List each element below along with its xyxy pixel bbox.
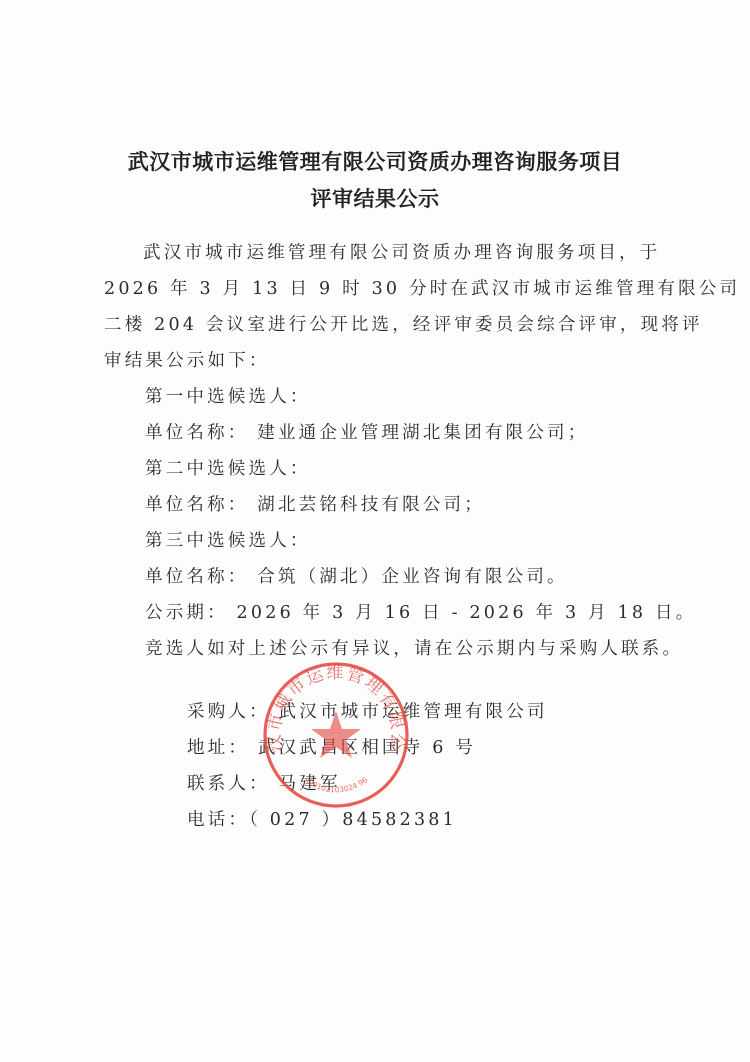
candidate-3-rank: 第三中选候选人：	[145, 527, 311, 552]
candidate-2-name: 单位名称： 湖北芸铭科技有限公司；	[145, 491, 485, 516]
company-seal-icon: 武汉市城市运维管理有限公司 420102103024 96	[262, 661, 410, 809]
intro-line-3: 二楼 204 会议室进行公开比选，经评审委员会综合评审，现将评	[104, 311, 703, 336]
publicity-period: 公示期： 2026 年 3 月 16 日 - 2026 年 3 月 18 日。	[145, 599, 696, 624]
intro-line-1: 武汉市城市运维管理有限公司资质办理咨询服务项目，于	[143, 239, 661, 264]
title-line-2: 评审结果公示	[0, 183, 750, 213]
objection-notice: 竞选人如对上述公示有异议，请在公示期内与采购人联系。	[145, 635, 683, 660]
svg-text:420102103024 96: 420102103024 96	[303, 775, 370, 794]
intro-line-4: 审结果公示如下：	[104, 347, 270, 372]
candidate-2-rank: 第二中选候选人：	[145, 455, 311, 480]
candidate-3-name: 单位名称： 合筑（湖北）企业咨询有限公司。	[145, 563, 568, 588]
intro-line-2: 2026 年 3 月 13 日 9 时 30 分时在武汉市城市运维管理有限公司	[104, 275, 740, 300]
phone-line: 电话：（ 027 ）84582381	[187, 806, 457, 831]
candidate-1-name: 单位名称： 建业通企业管理湖北集团有限公司；	[145, 419, 588, 444]
title-line-1: 武汉市城市运维管理有限公司资质办理咨询服务项目	[0, 146, 750, 176]
candidate-1-rank: 第一中选候选人：	[145, 383, 311, 408]
